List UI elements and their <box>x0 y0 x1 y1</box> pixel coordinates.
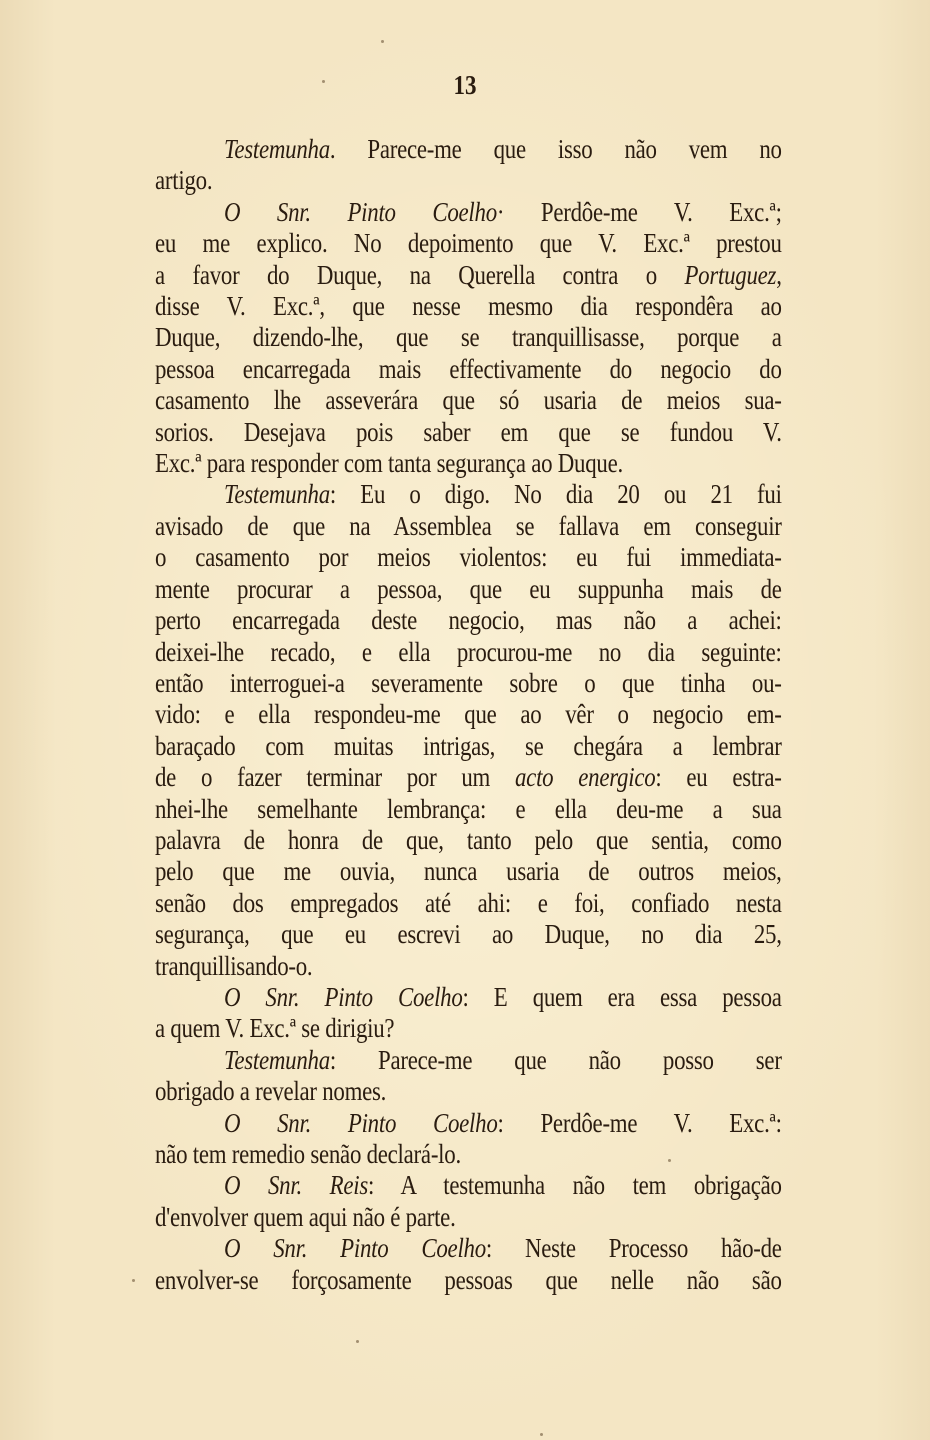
line-text: pessoa encarregada mais effectivamente d… <box>155 354 782 384</box>
text-line: pelo que me ouvia, nunca usaria de outro… <box>155 856 782 887</box>
speaker-line: O Snr. Pinto Coelho: E quem era essa pes… <box>155 982 782 1013</box>
text-line: baraçado com muitas intrigas, se chegára… <box>155 731 782 762</box>
line-text: tranquillisando-o. <box>155 951 312 981</box>
paper-speck <box>540 1433 543 1436</box>
text-line: Duque, dizendo-lhe, que se tranquillisas… <box>155 322 782 353</box>
text-line: envolver-se forçosamente pessoas que nel… <box>155 1265 782 1296</box>
line-text: de o fazer terminar por um <box>155 762 515 792</box>
italic-emphasis: acto energico <box>515 762 655 792</box>
line-content: Exc.ª para responder com tanta segurança… <box>155 448 782 479</box>
text-line: disse V. Exc.ª, que nesse mesmo dia resp… <box>155 291 782 322</box>
speaker-name: Testemunha <box>224 479 330 509</box>
speaker-name: O Snr. Reis <box>224 1170 368 1200</box>
line-content: O Snr. Pinto Coelho: E quem era essa pes… <box>224 982 782 1013</box>
line-text: então interroguei-a severamente sobre o … <box>155 668 782 698</box>
line-text: não tem remedio senão declará-lo. <box>155 1139 461 1169</box>
line-content: pessoa encarregada mais effectivamente d… <box>155 354 782 385</box>
line-text: a quem V. Exc.ª se dirigiu? <box>155 1013 394 1043</box>
body-text: Testemunha. Parece-me que isso não vem n… <box>155 134 782 1296</box>
line-content: senão dos empregados até ahi: e foi, con… <box>155 888 782 919</box>
line-text: envolver-se forçosamente pessoas que nel… <box>155 1265 782 1295</box>
text-line: de o fazer terminar por um acto energico… <box>155 762 782 793</box>
line-content: não tem remedio senão declará-lo. <box>155 1139 782 1170</box>
line-text: Duque, dizendo-lhe, que se tranquillisas… <box>155 322 782 352</box>
line-text: obrigado a revelar nomes. <box>155 1076 386 1106</box>
line-content: obrigado a revelar nomes. <box>155 1076 782 1107</box>
line-content: a quem V. Exc.ª se dirigiu? <box>155 1013 782 1044</box>
speaker-line: O Snr. Pinto Coelho: Neste Processo hão-… <box>155 1233 782 1264</box>
line-text: o casamento por meios violentos: eu fui … <box>155 542 782 572</box>
text-line: sorios. Desejava pois saber em que se fu… <box>155 417 782 448</box>
line-content: de o fazer terminar por um acto energico… <box>155 762 782 793</box>
line-text: mente procurar a pessoa, que eu suppunha… <box>155 574 782 604</box>
line-content: d'envolver quem aqui não é parte. <box>155 1202 782 1233</box>
line-content: então interroguei-a severamente sobre o … <box>155 668 782 699</box>
line-content: avisado de que na Assemblea se fallava e… <box>155 511 782 542</box>
text-line: segurança, que eu escrevi ao Duque, no d… <box>155 919 782 950</box>
text-line: o casamento por meios violentos: eu fui … <box>155 542 782 573</box>
line-content: Duque, dizendo-lhe, que se tranquillisas… <box>155 322 782 353</box>
speaker-line: Testemunha. Parece-me que isso não vem n… <box>155 134 782 165</box>
speaker-name: O Snr. Pinto Coelho <box>224 1233 486 1263</box>
text-line: nhei-lhe semelhante lembrança: e ella de… <box>155 794 782 825</box>
text-line: mente procurar a pessoa, que eu suppunha… <box>155 574 782 605</box>
speaker-line: Testemunha: Parece-me que não posso ser <box>155 1045 782 1076</box>
text-line: deixei-lhe recado, e ella procurou-me no… <box>155 637 782 668</box>
paper-speck <box>381 40 384 43</box>
text-line: perto encarregada deste negocio, mas não… <box>155 605 782 636</box>
line-text: disse V. Exc.ª, que nesse mesmo dia resp… <box>155 291 782 321</box>
line-text: segurança, que eu escrevi ao Duque, no d… <box>155 919 782 949</box>
line-content: envolver-se forçosamente pessoas que nel… <box>155 1265 782 1296</box>
line-text: vido: e ella respondeu-me que ao vêr o n… <box>155 699 782 729</box>
line-text: casamento lhe asseverára que só usaria d… <box>155 385 782 415</box>
page-number: 13 <box>70 70 861 101</box>
line-content: Testemunha: Eu o digo. No dia 20 ou 21 f… <box>224 479 782 510</box>
line-content: sorios. Desejava pois saber em que se fu… <box>155 417 782 448</box>
text-line: palavra de honra de que, tanto pelo que … <box>155 825 782 856</box>
line-content: palavra de honra de que, tanto pelo que … <box>155 825 782 856</box>
line-content: nhei-lhe semelhante lembrança: e ella de… <box>155 794 782 825</box>
text-line: d'envolver quem aqui não é parte. <box>155 1202 782 1233</box>
text-line: Exc.ª para responder com tanta segurança… <box>155 448 782 479</box>
italic-emphasis: Portuguez <box>684 260 776 290</box>
line-content: casamento lhe asseverára que só usaria d… <box>155 385 782 416</box>
line-text: Parece-me que isso não vem no <box>335 134 781 164</box>
text-line: senão dos empregados até ahi: e foi, con… <box>155 888 782 919</box>
line-text: palavra de honra de que, tanto pelo que … <box>155 825 782 855</box>
line-content: mente procurar a pessoa, que eu suppunha… <box>155 574 782 605</box>
line-content: artigo. <box>155 165 782 196</box>
speaker-punctuation: · <box>497 197 504 227</box>
line-text: senão dos empregados até ahi: e foi, con… <box>155 888 782 918</box>
line-text: sorios. Desejava pois saber em que se fu… <box>155 417 782 447</box>
text-line: obrigado a revelar nomes. <box>155 1076 782 1107</box>
line-text: E quem era essa pessoa <box>469 982 782 1012</box>
line-content: segurança, que eu escrevi ao Duque, no d… <box>155 919 782 950</box>
speaker-name: Testemunha <box>224 1045 330 1075</box>
speaker-name: O Snr. Pinto Coelho <box>224 197 497 227</box>
line-text: a favor do Duque, na Querella contra o <box>155 260 684 290</box>
text-line: artigo. <box>155 165 782 196</box>
line-content: O Snr. Pinto Coelho: Neste Processo hão-… <box>224 1233 782 1264</box>
speaker-name: Testemunha <box>224 134 330 164</box>
line-content: O Snr. Reis: A testemunha não tem obriga… <box>224 1170 782 1201</box>
text-line: vido: e ella respondeu-me que ao vêr o n… <box>155 699 782 730</box>
line-text: A testemunha não tem obrigação <box>374 1170 782 1200</box>
text-line: avisado de que na Assemblea se fallava e… <box>155 511 782 542</box>
paper-speck <box>356 1340 359 1343</box>
text-line: então interroguei-a severamente sobre o … <box>155 668 782 699</box>
line-content: Testemunha. Parece-me que isso não vem n… <box>224 134 782 165</box>
line-text: : eu estra- <box>655 762 781 792</box>
line-content: a favor do Duque, na Querella contra o P… <box>155 260 782 291</box>
line-text: eu me explico. No depoimento que V. Exc.… <box>155 228 782 258</box>
text-line: tranquillisando-o. <box>155 951 782 982</box>
speaker-name: O Snr. Pinto Coelho <box>224 1108 498 1138</box>
line-text: , <box>776 260 781 290</box>
line-content: eu me explico. No depoimento que V. Exc.… <box>155 228 782 259</box>
line-text: Exc.ª para responder com tanta segurança… <box>155 448 623 478</box>
line-text: pelo que me ouvia, nunca usaria de outro… <box>155 856 782 886</box>
line-text: artigo. <box>155 165 212 195</box>
line-text: avisado de que na Assemblea se fallava e… <box>155 511 782 541</box>
text-line: a favor do Duque, na Querella contra o P… <box>155 260 782 291</box>
line-text: deixei-lhe recado, e ella procurou-me no… <box>155 637 782 667</box>
paper-speck <box>668 1159 671 1162</box>
line-content: O Snr. Pinto Coelho: Perdôe-me V. Exc.ª: <box>224 1108 782 1139</box>
line-content: vido: e ella respondeu-me que ao vêr o n… <box>155 699 782 730</box>
text-line: casamento lhe asseverára que só usaria d… <box>155 385 782 416</box>
line-content: deixei-lhe recado, e ella procurou-me no… <box>155 637 782 668</box>
line-content: tranquillisando-o. <box>155 951 782 982</box>
line-content: O Snr. Pinto Coelho· Perdôe-me V. Exc.ª; <box>224 197 782 228</box>
line-text: Parece-me que não posso ser <box>336 1045 782 1075</box>
line-content: perto encarregada deste negocio, mas não… <box>155 605 782 636</box>
text-line: pessoa encarregada mais effectivamente d… <box>155 354 782 385</box>
line-content: pelo que me ouvia, nunca usaria de outro… <box>155 856 782 887</box>
speaker-line: O Snr. Pinto Coelho: Perdôe-me V. Exc.ª: <box>155 1108 782 1139</box>
line-text: Perdôe-me V. Exc.ª; <box>504 197 781 227</box>
speaker-name: O Snr. Pinto Coelho <box>224 982 463 1012</box>
paper-speck <box>132 1279 135 1282</box>
line-text: nhei-lhe semelhante lembrança: e ella de… <box>155 794 782 824</box>
text-line: não tem remedio senão declará-lo. <box>155 1139 782 1170</box>
line-text: baraçado com muitas intrigas, se chegára… <box>155 731 782 761</box>
speaker-line: O Snr. Pinto Coelho· Perdôe-me V. Exc.ª; <box>155 197 782 228</box>
text-line: eu me explico. No depoimento que V. Exc.… <box>155 228 782 259</box>
line-content: Testemunha: Parece-me que não posso ser <box>224 1045 782 1076</box>
speaker-line: O Snr. Reis: A testemunha não tem obriga… <box>155 1170 782 1201</box>
line-text: perto encarregada deste negocio, mas não… <box>155 605 782 635</box>
text-line: a quem V. Exc.ª se dirigiu? <box>155 1013 782 1044</box>
line-text: Neste Processo hão-de <box>492 1233 782 1263</box>
line-text: d'envolver quem aqui não é parte. <box>155 1202 456 1232</box>
line-content: o casamento por meios violentos: eu fui … <box>155 542 782 573</box>
line-text: Perdôe-me V. Exc.ª: <box>504 1108 782 1138</box>
line-content: baraçado com muitas intrigas, se chegára… <box>155 731 782 762</box>
line-content: disse V. Exc.ª, que nesse mesmo dia resp… <box>155 291 782 322</box>
line-text: Eu o digo. No dia 20 ou 21 fui <box>336 479 782 509</box>
paper-speck <box>322 80 325 83</box>
speaker-line: Testemunha: Eu o digo. No dia 20 ou 21 f… <box>155 479 782 510</box>
